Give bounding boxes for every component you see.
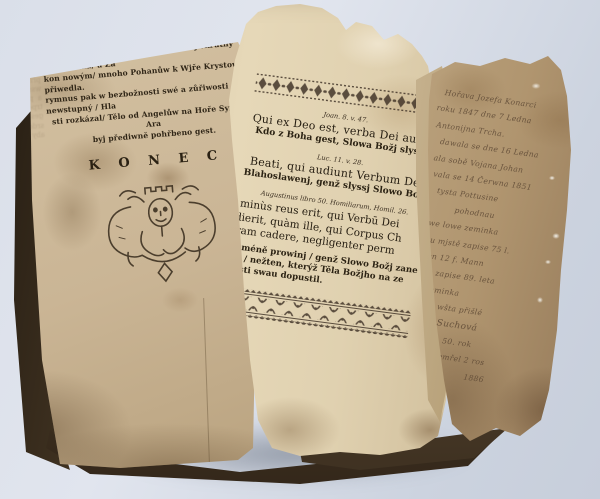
antique-book-photo: Ewangelium swaté kteréž se čte na den pa…	[0, 0, 600, 499]
woodcut-mascaron-ornament-icon	[99, 174, 225, 295]
finis-word: K O N E C	[50, 145, 263, 177]
running-title: Otázky na Ewangelium/na den S. P. Kateři…	[84, 15, 253, 46]
running-header: 186 Otázky na Ewangelium/na den S. P. Ka…	[40, 15, 253, 50]
page-crease	[203, 298, 210, 462]
page-number: 186	[52, 30, 69, 49]
middle-leaf-content: Joan. 8. v. 47. Qui ex Deo est, verba De…	[221, 72, 447, 339]
left-page-paragraph: hané bylo/ Modlenijm swým Nástroj vkrutn…	[42, 37, 261, 149]
